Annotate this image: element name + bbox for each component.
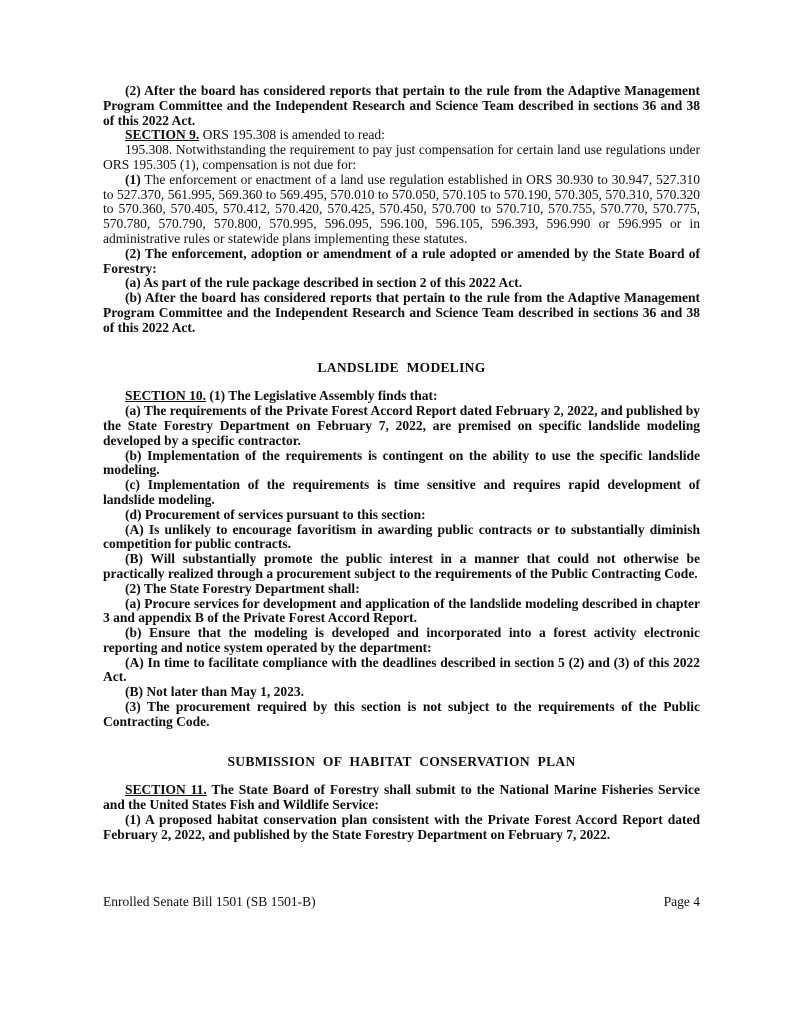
paragraph: (1) The enforcement or enactment of a la… <box>103 173 700 247</box>
text-run: (a) The requirements of the Private Fore… <box>103 403 700 448</box>
paragraph: SECTION 10. (1) The Legislative Assembly… <box>103 389 700 404</box>
footer-bill-title: Enrolled Senate Bill 1501 (SB 1501-B) <box>103 895 316 910</box>
paragraph: (c) Implementation of the requirements i… <box>103 478 700 508</box>
paragraph: SECTION 9. ORS 195.308 is amended to rea… <box>103 128 700 143</box>
text-run: (2) The State Forestry Department shall: <box>125 581 360 596</box>
text-run: SUBMISSION OF HABITAT CONSERVATION PLAN <box>227 754 575 769</box>
text-run: (3) The procurement required by this sec… <box>103 699 700 729</box>
text-run: SECTION 10. <box>125 388 206 403</box>
paragraph: (A) In time to facilitate compliance wit… <box>103 656 700 686</box>
paragraph: (A) Is unlikely to encourage favoritism … <box>103 523 700 553</box>
paragraph: SECTION 11. The State Board of Forestry … <box>103 783 700 813</box>
text-run: SECTION 9. <box>125 127 199 142</box>
paragraph: 195.308. Notwithstanding the requirement… <box>103 143 700 173</box>
paragraph: (d) Procurement of services pursuant to … <box>103 508 700 523</box>
paragraph: (3) The procurement required by this sec… <box>103 700 700 730</box>
footer-page-number: Page 4 <box>664 895 700 910</box>
paragraph: (b) After the board has considered repor… <box>103 291 700 335</box>
page-footer: Enrolled Senate Bill 1501 (SB 1501-B) Pa… <box>103 895 700 910</box>
text-run: (b) Ensure that the modeling is develope… <box>103 625 700 655</box>
section-heading: LANDSLIDE MODELING <box>103 361 700 376</box>
paragraph: (a) Procure services for development and… <box>103 597 700 627</box>
text-run: The enforcement or enactment of a land u… <box>103 172 700 246</box>
text-run: (B) Will substantially promote the publi… <box>103 551 700 581</box>
text-run: (c) Implementation of the requirements i… <box>103 477 700 507</box>
paragraph: (b) Implementation of the requirements i… <box>103 449 700 479</box>
section-heading: SUBMISSION OF HABITAT CONSERVATION PLAN <box>103 755 700 770</box>
text-run: (1) A proposed habitat conservation plan… <box>103 812 700 842</box>
text-run: LANDSLIDE MODELING <box>317 360 485 375</box>
paragraph: (B) Not later than May 1, 2023. <box>103 685 700 700</box>
text-run: (A) Is unlikely to encourage favoritism … <box>103 522 700 552</box>
text-run: ORS 195.308 is amended to read: <box>199 127 385 142</box>
paragraph: (2) The enforcement, adoption or amendme… <box>103 247 700 277</box>
text-run: (b) After the board has considered repor… <box>103 290 700 335</box>
bill-page-body: (2) After the board has considered repor… <box>103 84 700 843</box>
text-run: (1) <box>125 172 141 187</box>
text-run: (b) Implementation of the requirements i… <box>103 448 700 478</box>
paragraph: (a) As part of the rule package describe… <box>103 276 700 291</box>
text-run: (2) The enforcement, adoption or amendme… <box>103 246 700 276</box>
text-run: (d) Procurement of services pursuant to … <box>125 507 426 522</box>
text-run: (2) After the board has considered repor… <box>103 83 700 128</box>
paragraph: (a) The requirements of the Private Fore… <box>103 404 700 448</box>
text-run: (1) The Legislative Assembly finds that: <box>206 388 438 403</box>
text-run: (a) Procure services for development and… <box>103 596 700 626</box>
text-run: SECTION 11. <box>125 782 207 797</box>
paragraph: (2) The State Forestry Department shall: <box>103 582 700 597</box>
paragraph: (b) Ensure that the modeling is develope… <box>103 626 700 656</box>
text-run: (a) As part of the rule package describe… <box>125 275 522 290</box>
paragraph: (B) Will substantially promote the publi… <box>103 552 700 582</box>
text-run: (A) In time to facilitate compliance wit… <box>103 655 700 685</box>
text-run: (B) Not later than May 1, 2023. <box>125 684 304 699</box>
paragraph: (2) After the board has considered repor… <box>103 84 700 128</box>
text-run: 195.308. Notwithstanding the requirement… <box>103 142 700 172</box>
paragraph: (1) A proposed habitat conservation plan… <box>103 813 700 843</box>
